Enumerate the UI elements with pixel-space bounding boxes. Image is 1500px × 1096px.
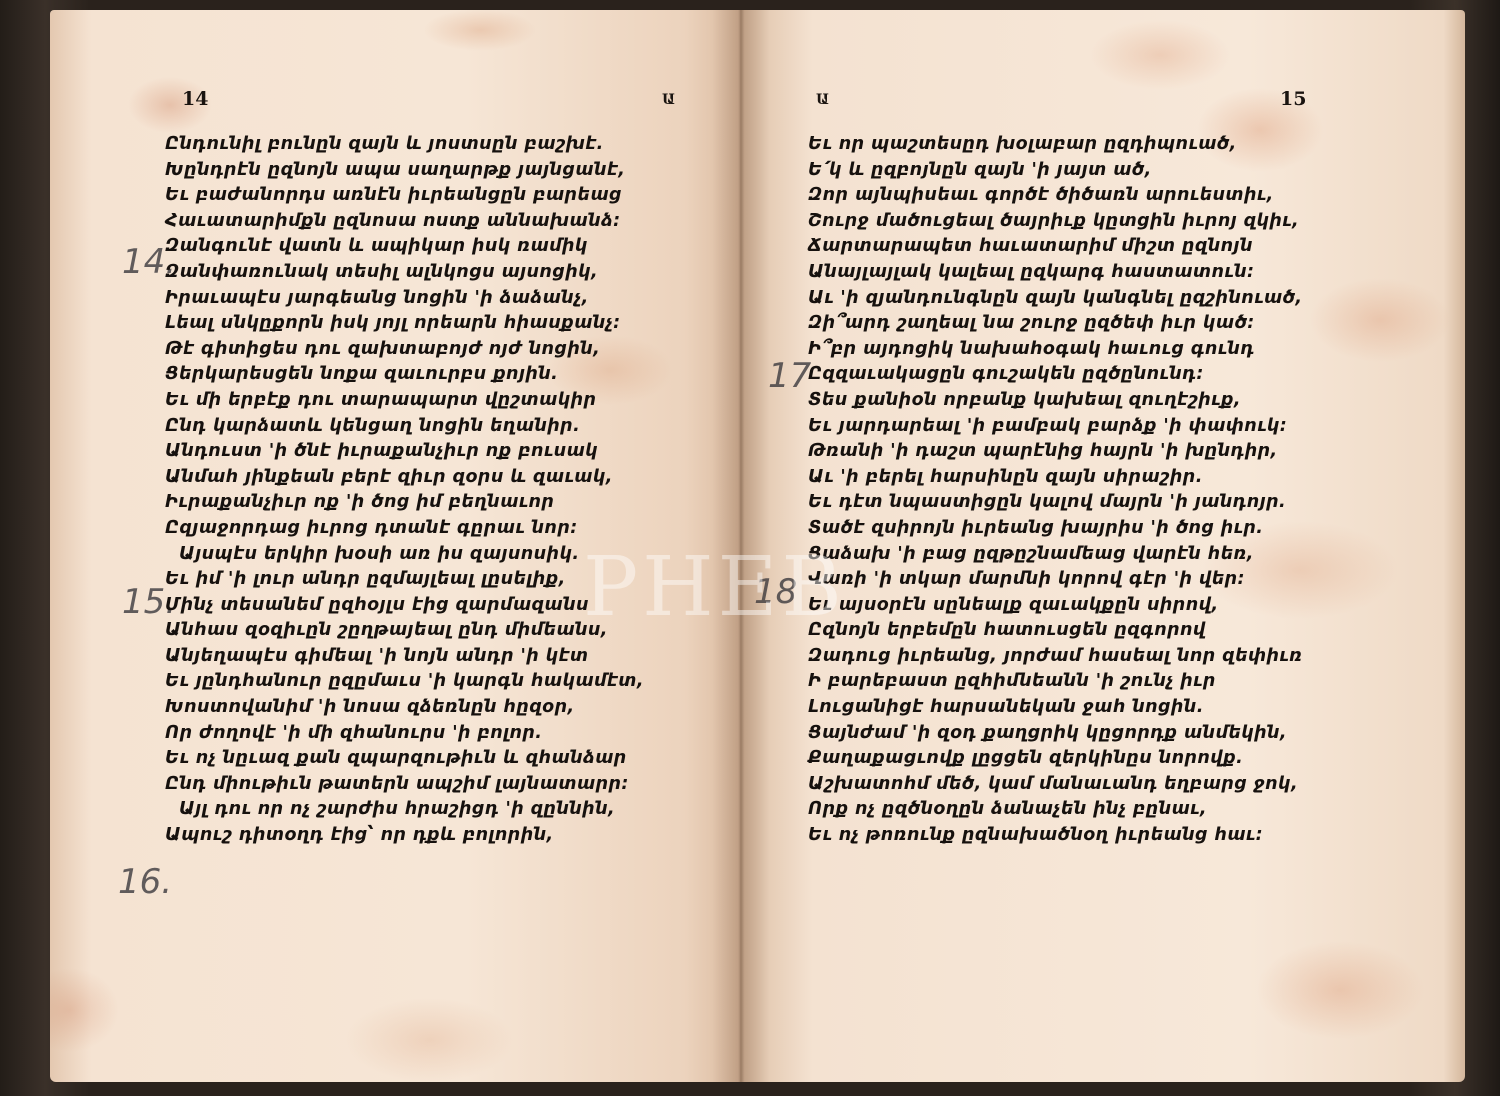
verse-line: Եւ դէտ նպաստիցըն կալով մայրն 'ի յանդոյր. (808, 490, 1303, 516)
verse-line: Զանգունէ վատն և ապիկար իսկ ռամիկ (165, 234, 644, 260)
verse-line: Եւ որ պաշտեսըդ խօլաբար ըզդիպուած, (808, 132, 1303, 158)
verse-line: Խոստովանիմ 'ի նոսա զձեռնըն հըզօր, (165, 695, 644, 721)
verse-text-block: Եւ որ պաշտեսըդ խօլաբար ըզդիպուած, Ե՛կ և … (808, 132, 1303, 849)
verse-line: Լեալ սնկըքորն իսկ յոյլ որեարն հիասքանչ: (165, 311, 644, 337)
verse-text-block: Ընդունիլ բունըն զայն և յոստսըն բաշխէ. Խը… (165, 132, 644, 849)
verse-line: Ե՛կ և ըզբոյնըն զայն 'ի յայտ ած, (808, 158, 1303, 184)
verse-line: Զադուց իւրեանց, յորժամ հասեալ նոր զեփիւռ (808, 644, 1303, 670)
verse-line: Զի՞արդ շաղեալ նա շուրջ ըզծեփ իւր կած: (808, 311, 1303, 337)
verse-line: Անմահ յինքեան բերէ զիւր զօրս և զաւակ, (165, 465, 644, 491)
page-number: 14 (182, 88, 208, 110)
running-head: Ա (662, 92, 675, 108)
verse-line: Անհաս զօզիւըն շըղթայեալ ընդ միմեանս, (165, 618, 644, 644)
verse-line: Տածէ զսիրոյն իւրեանց խայրիս 'ի ծոց իւր. (808, 516, 1303, 542)
margin-note-verse-number: 16. (118, 862, 172, 902)
verse-line: Ցայնժամ 'ի զօդ քաղցրիկ կըցորդք անմեկին, (808, 721, 1303, 747)
verse-line: Աւ 'ի բերել հարսինըն զայն սիրաշիր. (808, 465, 1303, 491)
verse-line: Թռանի 'ի դաշտ պարէնից հայրն 'ի խընդիր, (808, 439, 1303, 465)
left-page: 14 Ա 14. 15. 16. Ընդունիլ բունըն զայն և … (50, 10, 740, 1082)
verse-line: Եւ ոչ թոռունք ըզնախածնօղ իւրեանց հաւ: (808, 823, 1303, 849)
verse-line: Եւ իմ 'ի լուր անդր ըզմայլեալ լըսելիք, (165, 567, 644, 593)
verse-line: Քաղաքացւովք լըցցեն զերկինըս նորովք. (808, 746, 1303, 772)
verse-line: Խընդրէն ըզնոյն ապա սաղարթք յայնցանէ, (165, 158, 644, 184)
running-head: Ա (816, 92, 829, 108)
verse-line: Ըզյաջորդաց իւրոց դտանէ գըրաւ նոր: (165, 516, 644, 542)
verse-line: Ցերկարեսցեն նոքա զաւուրբս քոյին. (165, 362, 644, 388)
margin-note-verse-number: 17 (768, 356, 811, 396)
verse-line: Ճարտարապետ հաւատարիմ միշտ ըզնոյն (808, 234, 1303, 260)
verse-line: Վառի 'ի տկար մարմնի կորով գէր 'ի վեր: (808, 567, 1303, 593)
verse-line: Զանփառունակ տեսիլ ալնկոցս այսոցիկ, (165, 260, 644, 286)
verse-line: Թէ գիտիցես դու զախտաբոյժ ոյժ նոցին, (165, 337, 644, 363)
verse-line: Ըզնոյն երբեմըն հատուսցեն ըզգորով (808, 618, 1303, 644)
verse-line: Անայլայլակ կալեալ ըզկարգ հաստատուն: (808, 260, 1303, 286)
verse-line: Որ ժողովէ 'ի մի զհանուրս 'ի բոլոր. (165, 721, 644, 747)
verse-line: Տես քանիօն որբանք կախեալ զուղէշիւք, (808, 388, 1303, 414)
verse-line: Եւ մի երբէք դու տարապարտ վըշտակիր (165, 388, 644, 414)
verse-line: Ըզզաւակացըն գուշակեն ըզծընունդ: (808, 362, 1303, 388)
page-number: 15 (1280, 88, 1306, 110)
verse-line: Որք ոչ ըզծնօղըն ձանաչեն ինչ բընաւ, (808, 797, 1303, 823)
verse-line: Իւրաքանչիւր ոք 'ի ծոց իմ բեղնաւոր (165, 490, 644, 516)
verse-line: Լուցանիցէ հարսանեկան ջահ նոցին. (808, 695, 1303, 721)
verse-line: Անդուստ 'ի ծնէ իւրաքանչիւր ոք բուսակ (165, 439, 644, 465)
verse-line: Եւ յընդհանուր ըզըմաւս 'ի կարգն հակամէտ, (165, 669, 644, 695)
verse-line: Ի բարեբաստ ըզհիմնեանն 'ի շունչ իւր (808, 669, 1303, 695)
verse-line: Ի՞բր այդոցիկ նախահօգակ հաւուց գունդ (808, 337, 1303, 363)
verse-line: Շուրջ մածուցեալ ծայրիւք կըտցին իւրոյ զկի… (808, 209, 1303, 235)
verse-line: Հաւատարիմքն ըզնոսա ոստք աննախանձ: (165, 209, 644, 235)
verse-line: Ընդունիլ բունըն զայն և յոստսըն բաշխէ. (165, 132, 644, 158)
verse-line: Ընդ միութիւն թատերն ապշիմ լայնատարր: (165, 772, 644, 798)
verse-line: Զոր այնպիսեաւ գործէ ծիծառն արուեստիւ, (808, 183, 1303, 209)
verse-line: Այլ դու որ ոչ շարժիս հրաշիցդ 'ի զըննին, (165, 797, 644, 823)
verse-line: Աւ 'ի զյանդունգնըն զայն կանգնել ըզշինուա… (808, 286, 1303, 312)
verse-line: Ընդ կարձատև կենցաղ նոցին եղանիր. (165, 414, 644, 440)
verse-line: Ապուշ դիտօղդ էից՝ որ դքև բոլորին, (165, 823, 644, 849)
verse-line: Այսպէս երկիր խօսի առ իս զայսոսիկ. (165, 542, 644, 568)
verse-line: Եւ ոչ նըւազ քան զպարզութիւն և զհանձար (165, 746, 644, 772)
verse-line: Մինչ տեսանեմ ըզհօյլս էից զարմազանս (165, 593, 644, 619)
margin-note-verse-number: 18 (754, 572, 797, 612)
verse-line: Իրաւապէս յարգեանց նոցին 'ի ձաձանչ, (165, 286, 644, 312)
verse-line: Աշխատոհմ մեծ, կամ մանաւանդ եղբարց ջոկ, (808, 772, 1303, 798)
right-page: Ա 15 17 18 Եւ որ պաշտեսըդ խօլաբար ըզդիպո… (740, 10, 1465, 1082)
verse-line: Եւ այսօրէն սընեալք զաւակքըն սիրով, (808, 593, 1303, 619)
verse-line: Եւ յարդարեալ 'ի բամբակ բարձք 'ի փափուկ: (808, 414, 1303, 440)
verse-line: Ցաձախ 'ի բաց ըզթըշնամեաց վարէն հեռ, (808, 542, 1303, 568)
verse-line: Եւ բաժանորդս առնէն իւրեանցըն բարեաց (165, 183, 644, 209)
verse-line: Անյեղապէս գիմեալ 'ի նոյն անդր 'ի կէտ (165, 644, 644, 670)
